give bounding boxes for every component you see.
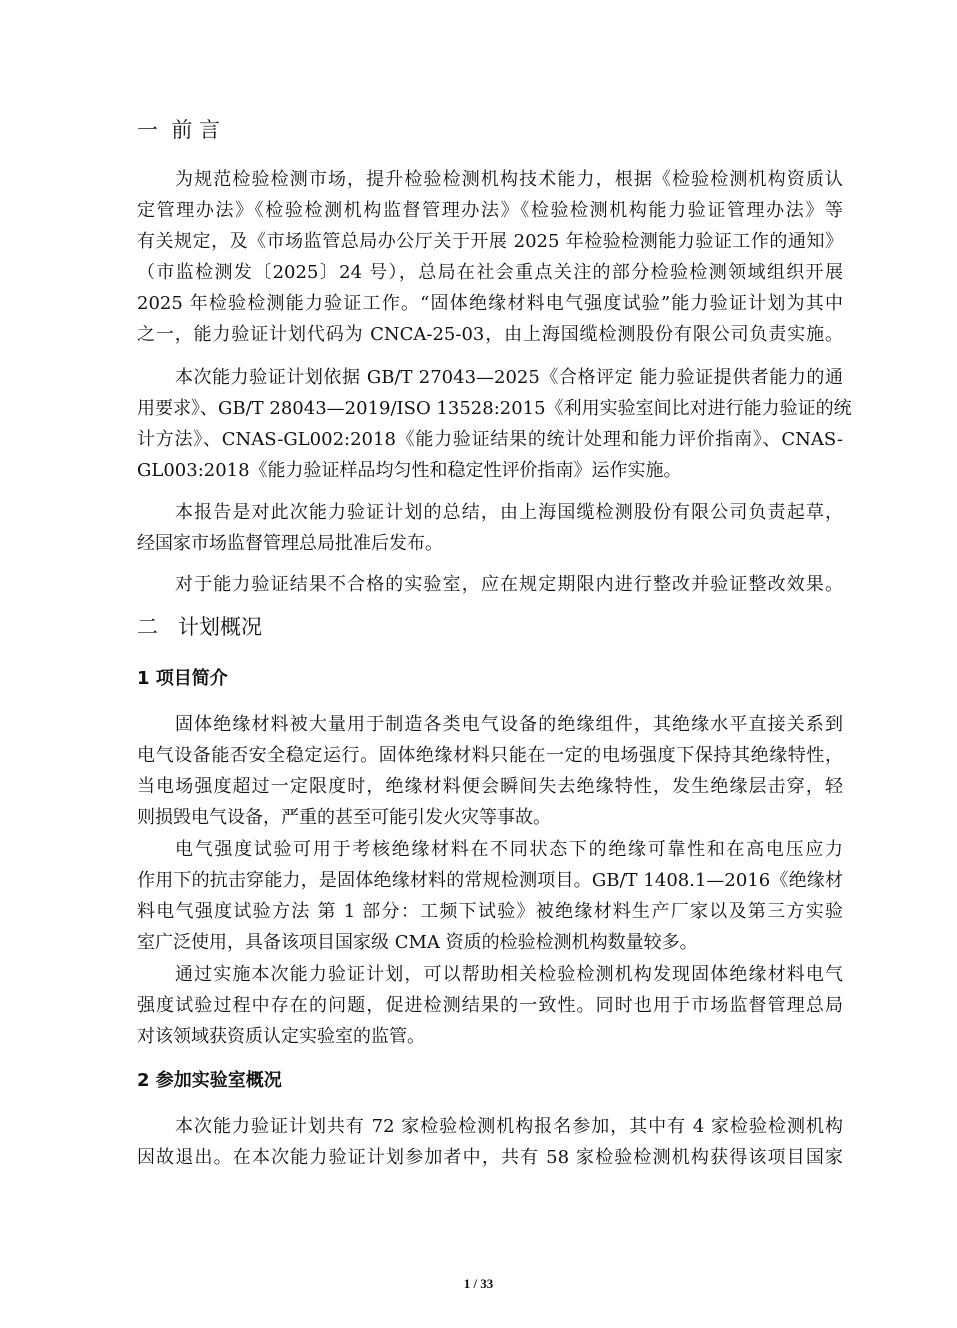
text-line: 电气设备能否安全稳定运行。固体绝缘材料只能在一定的电场强度下保持其绝缘特性， <box>137 744 843 768</box>
text-line: 通过实施本次能力验证计划，可以帮助相关检验检测机构发现固体绝缘材料电气 <box>175 963 843 987</box>
text-line: 电气强度试验可用于考核绝缘材料在不同状态下的绝缘可靠性和在高电压应力 <box>175 838 843 862</box>
text-line: 本报告是对此次能力验证计划的总结，由上海国缆检测股份有限公司负责起草， <box>175 501 843 525</box>
text-line: 用要求》、GB/T 28043—2019/ISO 13528:2015《利用实验… <box>137 397 843 421</box>
text-line: 对该领域获资质认定实验室的监管。 <box>137 1025 843 1049</box>
text-line: GL003:2018《能力验证样品均匀性和稳定性评价指南》运作实施。 <box>137 459 843 483</box>
text-line: 则损毁电气设备，严重的甚至可能引发火灾等事故。 <box>137 806 843 830</box>
text-line: 本次能力验证计划共有 72 家检验检测机构报名参加，其中有 4 家检验检测机构 <box>175 1115 843 1139</box>
text-line: 之一，能力验证计划代码为 CNCA-25-03，由上海国缆检测股份有限公司负责实… <box>137 323 843 347</box>
subsection-heading-participants: 2 参加实验室概况 <box>137 1069 282 1093</box>
text-line: 为规范检验检测市场，提升检验检测机构技术能力，根据《检验检测机构资质认 <box>175 168 843 192</box>
text-line: 2025 年检验检测能力验证工作。“固体绝缘材料电气强度试验”能力验证计划为其中 <box>137 292 843 316</box>
text-line: 本次能力验证计划依据 GB/T 27043—2025《合格评定 能力验证提供者能… <box>175 366 843 390</box>
text-line: 对于能力验证结果不合格的实验室，应在规定期限内进行整改并验证整改效果。 <box>175 573 843 597</box>
section-heading-plan-overview: 二 计划概况 <box>137 614 262 640</box>
text-line: 料电气强度试验方法 第 1 部分：工频下试验》被绝缘材料生产厂家以及第三方实验 <box>137 900 843 924</box>
text-line: 有关规定，及《市场监管总局办公厅关于开展 2025 年检验检测能力验证工作的通知… <box>137 230 843 254</box>
page-number: 1 / 33 <box>0 1276 957 1292</box>
text-line: 定管理办法》《检验检测机构监督管理办法》《检验检测机构能力验证管理办法》等 <box>137 199 843 223</box>
section-heading-preface: 一 前 言 <box>137 117 220 143</box>
text-line: 强度试验过程中存在的问题，促进检测结果的一致性。同时也用于市场监督管理总局 <box>137 994 843 1018</box>
text-line: 作用下的抗击穿能力，是固体绝缘材料的常规检测项目。GB/T 1408.1—201… <box>137 869 843 893</box>
document-page: 一 前 言 为规范检验检测市场，提升检验检测机构技术能力，根据《检验检测机构资质… <box>0 0 957 1328</box>
text-line: 计方法》、CNAS-GL002:2018《能力验证结果的统计处理和能力评价指南》… <box>137 428 843 452</box>
text-line: 当电场强度超过一定限度时，绝缘材料便会瞬间失去绝缘特性，发生绝缘层击穿，轻 <box>137 775 843 799</box>
text-line: 经国家市场监督管理总局批准后发布。 <box>137 532 843 556</box>
text-line: 固体绝缘材料被大量用于制造各类电气设备的绝缘组件，其绝缘水平直接关系到 <box>175 713 843 737</box>
text-line: （市监检测发〔2025〕24 号），总局在社会重点关注的部分检验检测领域组织开展 <box>137 261 843 285</box>
subsection-heading-project-intro: 1 项目简介 <box>137 667 228 691</box>
text-line: 因故退出。在本次能力验证计划参加者中，共有 58 家检验检测机构获得该项目国家 <box>137 1146 843 1170</box>
text-line: 室广泛使用，具备该项目国家级 CMA 资质的检验检测机构数量较多。 <box>137 931 843 955</box>
